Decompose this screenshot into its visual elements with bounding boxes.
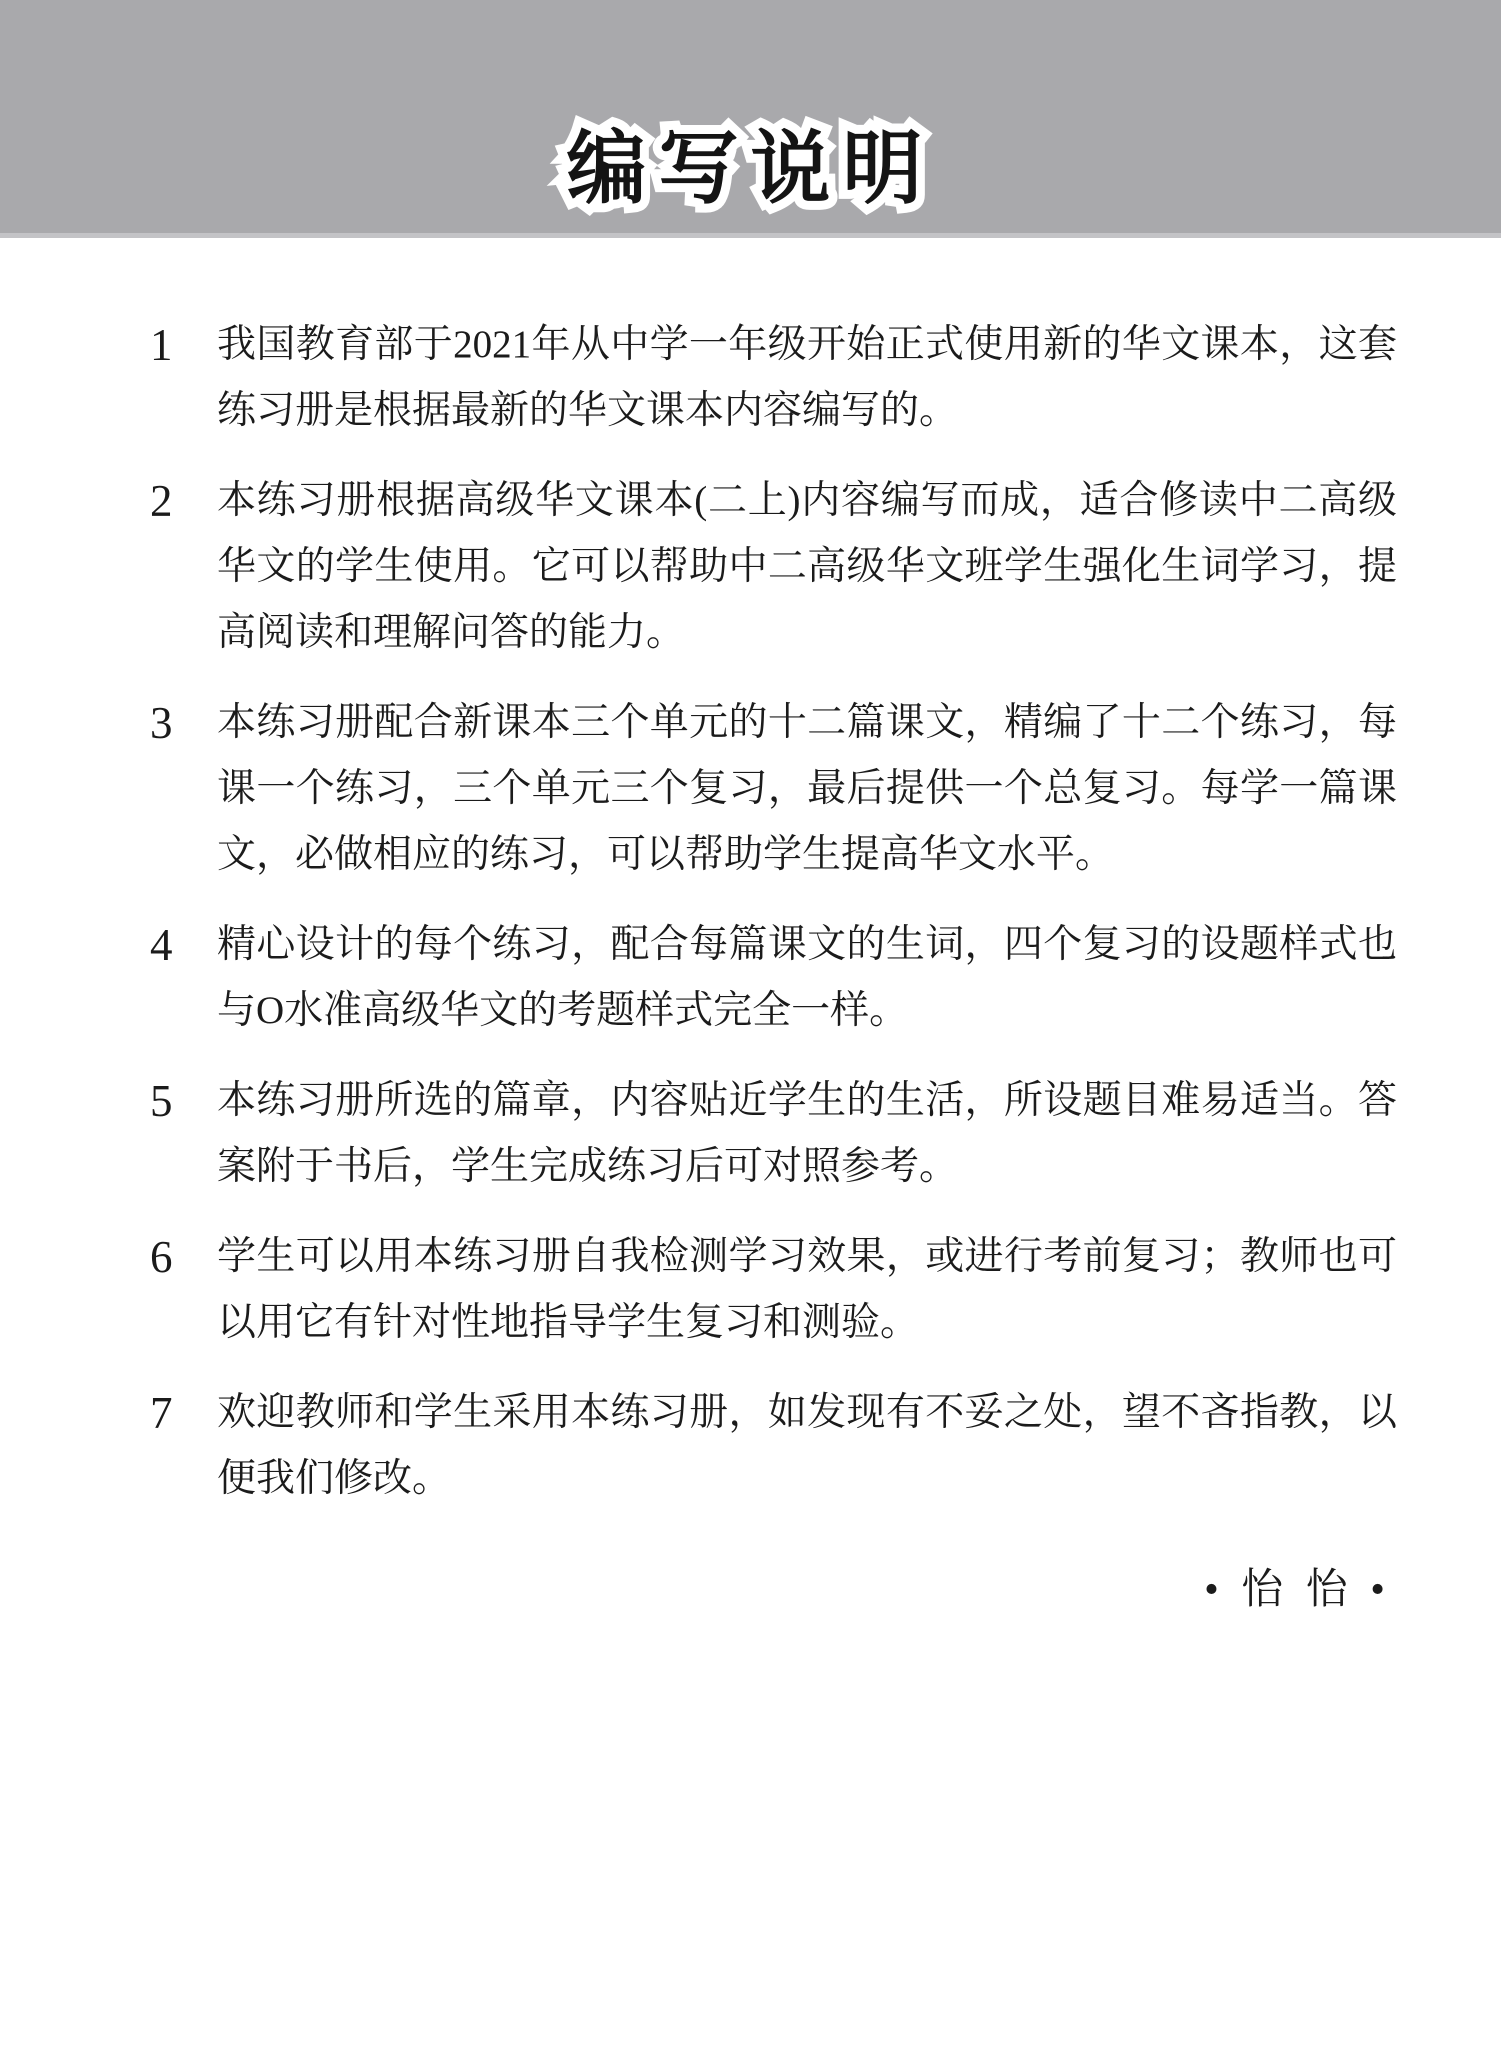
- item-number: 4: [150, 912, 217, 1044]
- item-number: 6: [150, 1224, 217, 1356]
- item-text: 精心设计的每个练习，配合每篇课文的生词，四个复习的设题样式也与O水准高级华文的考…: [217, 912, 1397, 1044]
- page-title-text: 编写说明: [567, 125, 935, 213]
- banner: 编写说明 编写说明: [0, 0, 1501, 238]
- item-text: 本练习册配合新课本三个单元的十二篇课文，精编了十二个练习，每课一个练习，三个单元…: [217, 690, 1397, 888]
- item-text: 本练习册根据高级华文课本(二上)内容编写而成，适合修读中二高级华文的学生使用。它…: [217, 468, 1397, 666]
- item-text: 学生可以用本练习册自我检测学习效果，或进行考前复习；教师也可以用它有针对性地指导…: [217, 1224, 1397, 1356]
- item-text: 本练习册所选的篇章，内容贴近学生的生活，所设题目难易适当。答案附于书后，学生完成…: [217, 1068, 1397, 1200]
- list-item: 4 精心设计的每个练习，配合每篇课文的生词，四个复习的设题样式也与O水准高级华文…: [150, 912, 1397, 1044]
- notes-list: 1 我国教育部于2021年从中学一年级开始正式使用新的华文课本，这套练习册是根据…: [150, 312, 1397, 1512]
- item-number: 3: [150, 690, 217, 888]
- list-item: 3 本练习册配合新课本三个单元的十二篇课文，精编了十二个练习，每课一个练习，三个…: [150, 690, 1397, 888]
- list-item: 1 我国教育部于2021年从中学一年级开始正式使用新的华文课本，这套练习册是根据…: [150, 312, 1397, 444]
- page-title: 编写说明 编写说明: [567, 125, 935, 213]
- page: 编写说明 编写说明 1 我国教育部于2021年从中学一年级开始正式使用新的华文课…: [0, 0, 1501, 2048]
- notes-section: 1 我国教育部于2021年从中学一年级开始正式使用新的华文课本，这套练习册是根据…: [0, 238, 1501, 1620]
- list-item: 7 欢迎教师和学生采用本练习册，如发现有不妥之处，望不吝指教，以便我们修改。: [150, 1380, 1397, 1512]
- item-text: 欢迎教师和学生采用本练习册，如发现有不妥之处，望不吝指教，以便我们修改。: [217, 1380, 1397, 1512]
- item-number: 1: [150, 312, 217, 444]
- item-number: 7: [150, 1380, 217, 1512]
- item-number: 2: [150, 468, 217, 666]
- item-text: 我国教育部于2021年从中学一年级开始正式使用新的华文课本，这套练习册是根据最新…: [217, 312, 1397, 444]
- list-item: 5 本练习册所选的篇章，内容贴近学生的生活，所设题目难易适当。答案附于书后，学生…: [150, 1068, 1397, 1200]
- author-signature: • 怡 怡 •: [150, 1560, 1397, 1620]
- list-item: 2 本练习册根据高级华文课本(二上)内容编写而成，适合修读中二高级华文的学生使用…: [150, 468, 1397, 666]
- item-number: 5: [150, 1068, 217, 1200]
- list-item: 6 学生可以用本练习册自我检测学习效果，或进行考前复习；教师也可以用它有针对性地…: [150, 1224, 1397, 1356]
